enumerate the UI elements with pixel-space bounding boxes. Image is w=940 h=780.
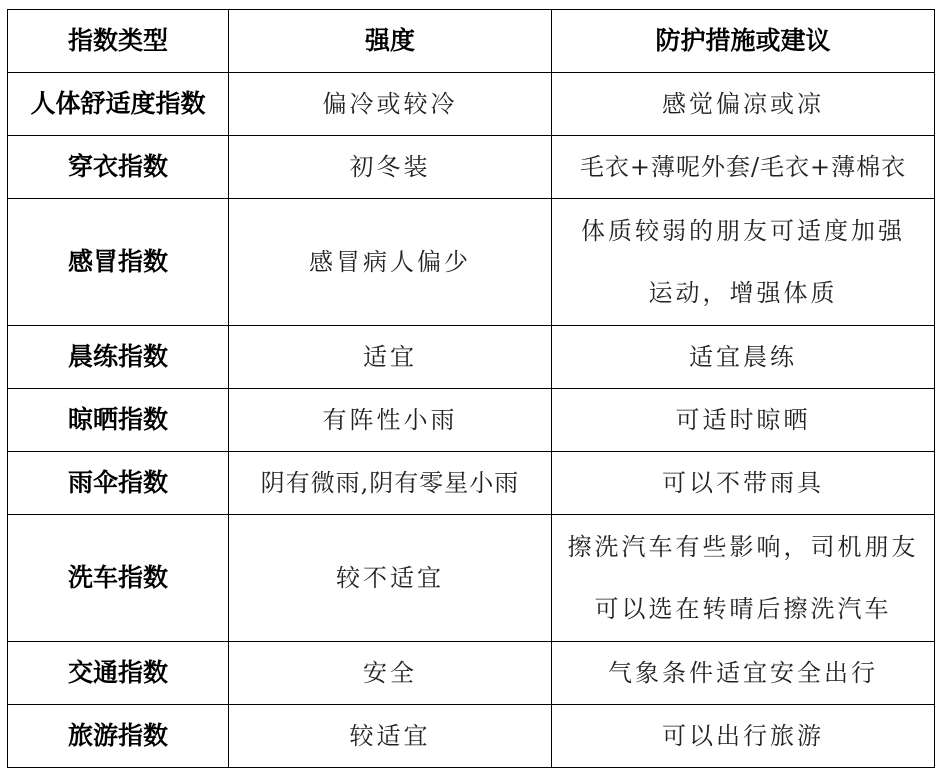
table-row: 交通指数 安全 气象条件适宜安全出行 [8, 642, 935, 705]
weather-index-table: 指数类型 强度 防护措施或建议 人体舒适度指数 偏冷或较冷 感觉偏凉或凉 穿衣指… [7, 9, 935, 768]
advice-line: 体质较弱的朋友可适度加强 [556, 200, 930, 262]
intensity-cell: 感冒病人偏少 [229, 199, 552, 326]
table-row: 感冒指数 感冒病人偏少 体质较弱的朋友可适度加强 运动，增强体质 [8, 199, 935, 326]
intensity-cell: 安全 [229, 642, 552, 705]
advice-cell: 可以出行旅游 [552, 705, 935, 768]
advice-cell: 适宜晨练 [552, 326, 935, 389]
advice-line: 擦洗汽车有些影响，司机朋友 [556, 516, 930, 578]
index-type-cell: 旅游指数 [8, 705, 229, 768]
header-index-type: 指数类型 [8, 10, 229, 73]
table-row: 雨伞指数 阴有微雨,阴有零星小雨 可以不带雨具 [8, 452, 935, 515]
index-type-cell: 晨练指数 [8, 326, 229, 389]
advice-cell: 气象条件适宜安全出行 [552, 642, 935, 705]
index-type-cell: 交通指数 [8, 642, 229, 705]
table-row: 人体舒适度指数 偏冷或较冷 感觉偏凉或凉 [8, 73, 935, 136]
advice-cell: 体质较弱的朋友可适度加强 运动，增强体质 [552, 199, 935, 326]
intensity-cell: 较不适宜 [229, 515, 552, 642]
index-type-cell: 感冒指数 [8, 199, 229, 326]
table-row: 晨练指数 适宜 适宜晨练 [8, 326, 935, 389]
header-advice: 防护措施或建议 [552, 10, 935, 73]
header-intensity: 强度 [229, 10, 552, 73]
table-row: 穿衣指数 初冬装 毛衣+薄呢外套/毛衣+薄棉衣 [8, 136, 935, 199]
advice-cell: 毛衣+薄呢外套/毛衣+薄棉衣 [552, 136, 935, 199]
advice-cell: 感觉偏凉或凉 [552, 73, 935, 136]
advice-cell: 擦洗汽车有些影响，司机朋友 可以选在转晴后擦洗汽车 [552, 515, 935, 642]
table-row: 晾晒指数 有阵性小雨 可适时晾晒 [8, 389, 935, 452]
advice-cell: 可适时晾晒 [552, 389, 935, 452]
table-row: 洗车指数 较不适宜 擦洗汽车有些影响，司机朋友 可以选在转晴后擦洗汽车 [8, 515, 935, 642]
advice-line: 可以选在转晴后擦洗汽车 [556, 578, 930, 640]
index-type-cell: 洗车指数 [8, 515, 229, 642]
advice-cell: 可以不带雨具 [552, 452, 935, 515]
header-row: 指数类型 强度 防护措施或建议 [8, 10, 935, 73]
intensity-cell: 阴有微雨,阴有零星小雨 [229, 452, 552, 515]
index-type-cell: 雨伞指数 [8, 452, 229, 515]
index-type-cell: 穿衣指数 [8, 136, 229, 199]
intensity-cell: 适宜 [229, 326, 552, 389]
advice-line: 运动，增强体质 [556, 262, 930, 324]
index-type-cell: 人体舒适度指数 [8, 73, 229, 136]
intensity-cell: 较适宜 [229, 705, 552, 768]
intensity-cell: 初冬装 [229, 136, 552, 199]
index-type-cell: 晾晒指数 [8, 389, 229, 452]
table-row: 旅游指数 较适宜 可以出行旅游 [8, 705, 935, 768]
intensity-cell: 偏冷或较冷 [229, 73, 552, 136]
intensity-cell: 有阵性小雨 [229, 389, 552, 452]
